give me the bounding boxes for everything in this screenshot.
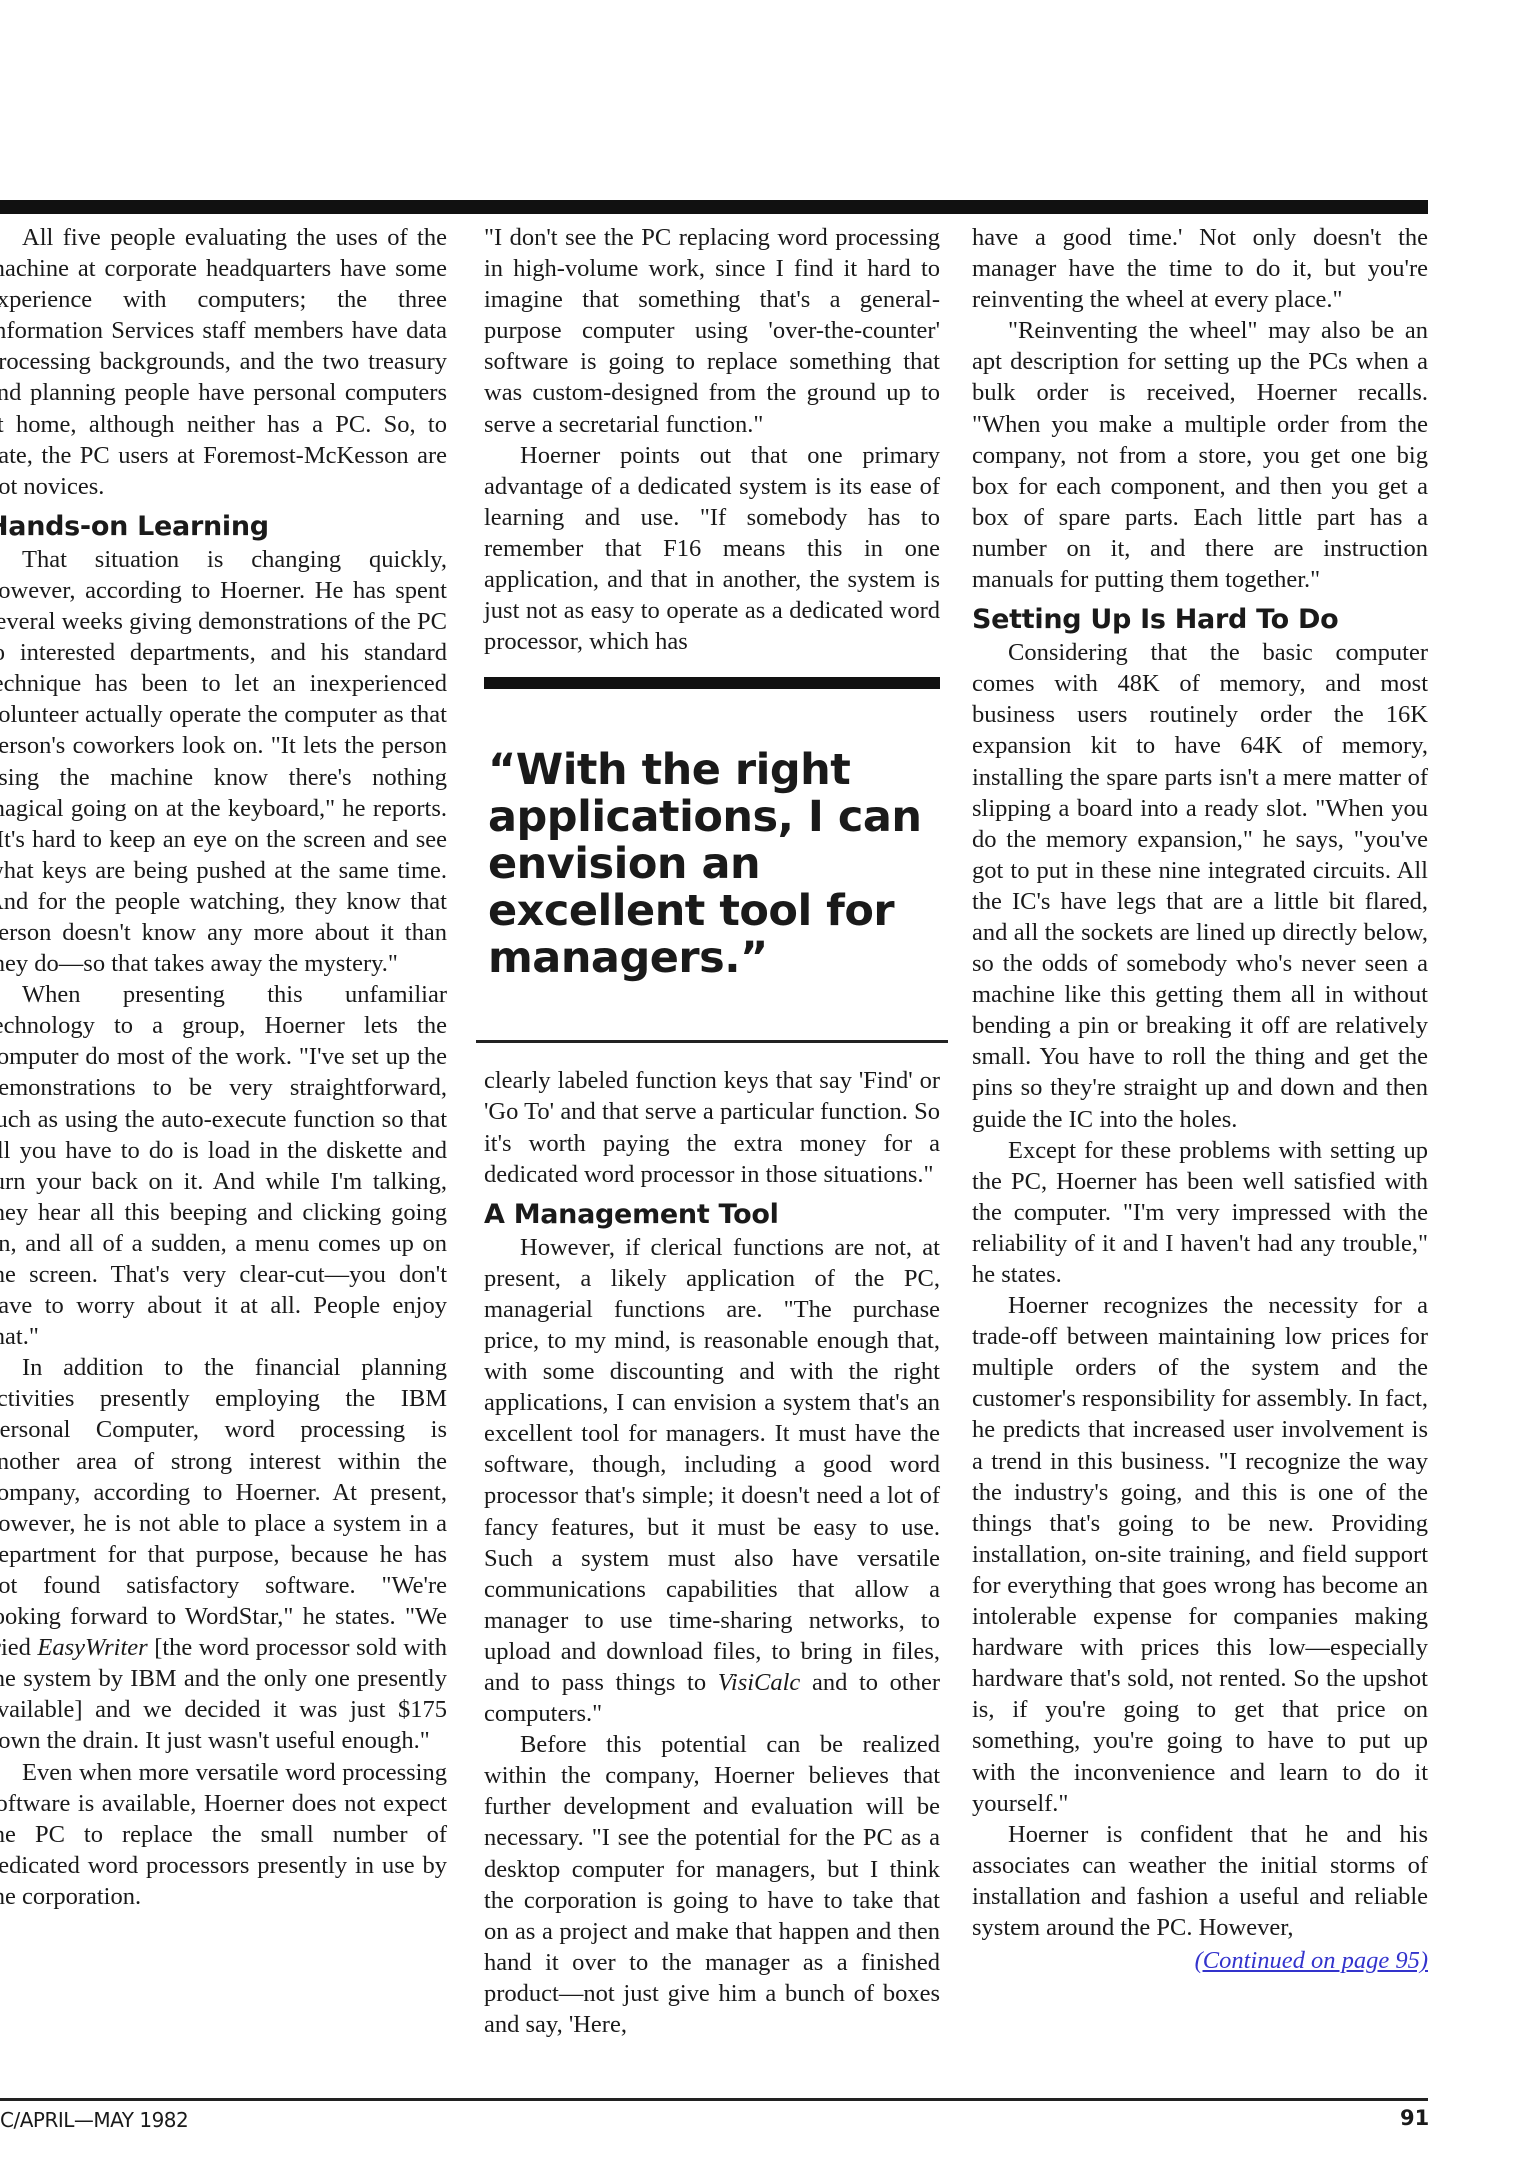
paragraph: clearly labeled function keys that say '… — [484, 1065, 940, 1189]
product-name-italic: EasyWriter — [37, 1634, 147, 1661]
paragraph: Even when more versatile word processing… — [0, 1757, 447, 1912]
paragraph: All five people evaluating the uses of t… — [0, 222, 447, 502]
paragraph: In addition to the financial planning ac… — [0, 1352, 447, 1756]
pull-quote-top-rule — [484, 677, 940, 689]
issue-footer: C/APRIL—MAY 1982 — [0, 2108, 188, 2132]
continued-on-page-link[interactable]: (Continued on page 95) — [1195, 1947, 1428, 1974]
article-column-2: "I don't see the PC replacing word proce… — [484, 222, 940, 2040]
paragraph: "I don't see the PC replacing word proce… — [484, 222, 940, 440]
section-heading-hands-on-learning: Hands-on Learning — [0, 510, 447, 544]
pull-quote-box: “With the right applications, I can envi… — [484, 677, 940, 1043]
paragraph: When presenting this unfamiliar technolo… — [0, 979, 447, 1352]
paragraph: Before this potential can be realized wi… — [484, 1729, 940, 2040]
paragraph: Hoerner recognizes the necessity for a t… — [972, 1290, 1428, 1819]
pull-quote: “With the right applications, I can envi… — [488, 747, 940, 982]
top-rule — [0, 200, 1428, 214]
paragraph: have a good time.' Not only doesn't the … — [972, 222, 1428, 315]
text-run: In addition to the financial planning ac… — [0, 1354, 447, 1661]
paragraph: However, if clerical functions are not, … — [484, 1232, 940, 1730]
paragraph: Considering that the basic computer come… — [972, 637, 1428, 1135]
pull-quote-bottom-rule — [476, 1040, 948, 1043]
section-heading-setting-up: Setting Up Is Hard To Do — [972, 603, 1428, 637]
bottom-rule — [0, 2098, 1428, 2101]
text-run: However, if clerical functions are not, … — [484, 1234, 940, 1696]
continued-line: (Continued on page 95) — [972, 1945, 1428, 1976]
page-number: 91 — [1400, 2106, 1429, 2130]
section-heading-management-tool: A Management Tool — [484, 1198, 940, 1232]
article-column-1: All five people evaluating the uses of t… — [0, 222, 447, 1912]
article-column-3: have a good time.' Not only doesn't the … — [972, 222, 1428, 1976]
paragraph: "Reinventing the wheel" may also be an a… — [972, 315, 1428, 595]
paragraph: Hoerner is confident that he and his ass… — [972, 1819, 1428, 1943]
paragraph: Hoerner points out that one primary adva… — [484, 440, 940, 658]
paragraph: Except for these problems with setting u… — [972, 1135, 1428, 1290]
product-name-italic: VisiCalc — [718, 1669, 801, 1696]
paragraph: That situation is changing quickly, howe… — [0, 544, 447, 979]
